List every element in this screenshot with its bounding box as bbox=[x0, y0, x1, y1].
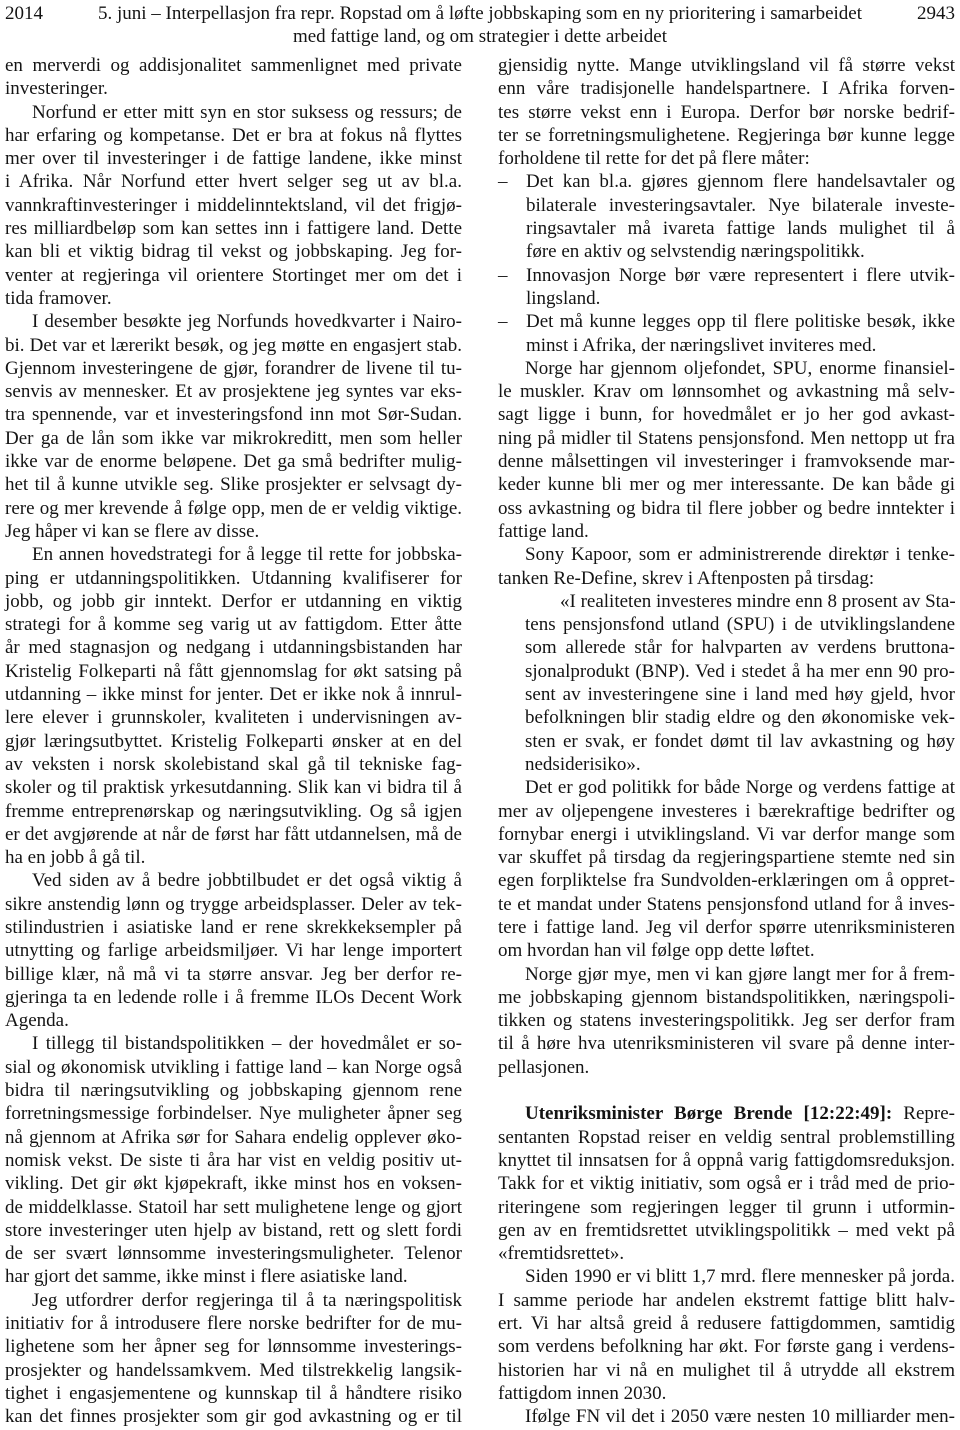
text-line: me jobbskaping gjennom bistandspolitikke… bbox=[498, 986, 955, 1009]
page-title-line2: med fattige land, og om strategier i det… bbox=[70, 25, 890, 48]
text-line: tra spennende, var et investeringsfond i… bbox=[5, 403, 462, 426]
text-line: ter se forretningsmulighetene. Regjering… bbox=[498, 124, 955, 147]
text-line: Ved siden av å bedre jobbtilbudet er det… bbox=[5, 869, 462, 892]
text-line: stilindustrien i asiatiske land er rene … bbox=[5, 916, 462, 939]
list-item-line: føre en aktiv og selvstendig næringspoli… bbox=[498, 240, 955, 263]
header-year: 2014 bbox=[5, 2, 43, 25]
text-line: egen forpliktelse fra Sundvolden-erklæri… bbox=[498, 869, 955, 892]
text-line: en merverdi og addisjonalitet sammenlign… bbox=[5, 54, 462, 77]
text-line: Norge gjør mye, men vi kan gjøre langt m… bbox=[498, 963, 955, 986]
list-item-line: –Det kan bl.a. gjøres gjennom flere hand… bbox=[498, 170, 955, 193]
quote-line: «I realiteten investeres mindre enn 8 pr… bbox=[498, 590, 955, 613]
text-line: enn våre tradisjonelle handelspartnere. … bbox=[498, 77, 955, 100]
text-line: Kristelig Folkeparti nå fått gjennomslag… bbox=[5, 660, 462, 683]
right-column: gjensidig nytte. Mange utviklingsland vi… bbox=[498, 54, 955, 1429]
text-line: gjeringa ta en ledende rolle i å fremme … bbox=[5, 986, 462, 1009]
page-title: 5. juni – Interpellasjon fra repr. Ropst… bbox=[70, 2, 890, 48]
text-line: mer av oljepengene investeres i bærekraf… bbox=[498, 800, 955, 823]
text-line: fattige land. bbox=[498, 520, 955, 543]
text-line: nomisk vekst. De siste ti åra har vist e… bbox=[5, 1149, 462, 1172]
blank-line bbox=[498, 1079, 955, 1102]
text-line: Jeg håper vi kan se flere av disse. bbox=[5, 520, 462, 543]
text-line: rere og mer krevende å følge opp, men de… bbox=[5, 497, 462, 520]
list-dash-marker: – bbox=[498, 264, 526, 287]
text-line: keder kunne bli mer og mer interessante.… bbox=[498, 473, 955, 496]
text-line: tes større vekst enn i Europa. Derfor bø… bbox=[498, 101, 955, 124]
text-line: sentanten Ropstad reiser en veldig sentr… bbox=[498, 1126, 955, 1149]
list-item-text: Det kan bl.a. gjøres gjennom flere hande… bbox=[526, 170, 955, 193]
text-line: ikke var de enorme beløpene. Det ga små … bbox=[5, 450, 462, 473]
text-line: ert. Vi har altså greid å redusere fatti… bbox=[498, 1312, 955, 1335]
text-line: gjensidig nytte. Mange utviklingsland vi… bbox=[498, 54, 955, 77]
text-line: tanken Re-Define, skrev i Aftenposten på… bbox=[498, 567, 955, 590]
text-line: fornybar energi i utviklingsland. Vi var… bbox=[498, 823, 955, 846]
text-line: Ifølge FN vil det i 2050 være nesten 10 … bbox=[498, 1405, 955, 1428]
text-line: de ser svært lønnsomme investeringsmulig… bbox=[5, 1242, 462, 1265]
text-line: de middelklasse. Statoil har sett muligh… bbox=[5, 1196, 462, 1219]
text-line: pellasjonen. bbox=[498, 1056, 955, 1079]
text-line: har gjort det samme, ikke minst i flere … bbox=[5, 1265, 462, 1288]
left-column: en merverdi og addisjonalitet sammenlign… bbox=[5, 54, 462, 1429]
text-line: er det avgjørende at når de først har få… bbox=[5, 823, 462, 846]
quote-line: befolkningen blir stadig eldre og den øk… bbox=[498, 706, 955, 729]
text-line: bidra til næringsutvikling og jobbskapin… bbox=[5, 1079, 462, 1102]
text-line: kan det finnes prosjekter som gir god av… bbox=[5, 1405, 462, 1428]
text-line: billige klær, nå må vi ta større ansvar.… bbox=[5, 963, 462, 986]
text-line: bi. Det var et lærerikt besøk, og jeg mø… bbox=[5, 334, 462, 357]
text-columns: en merverdi og addisjonalitet sammenlign… bbox=[0, 54, 960, 1429]
text-line: vikling. Det gir økt kjøpekraft, ikke mi… bbox=[5, 1172, 462, 1195]
text-line: «fremtidsrettet». bbox=[498, 1242, 955, 1265]
text-line: Det er god politikk for både Norge og ve… bbox=[498, 776, 955, 799]
text-line: har erfaring og kompetanse. Det er bra a… bbox=[5, 124, 462, 147]
text-line: skoler og til praktisk yrkesutdanning. S… bbox=[5, 776, 462, 799]
text-line: riteringene som regjeringen legger til g… bbox=[498, 1196, 955, 1219]
text-line: fremme entreprenørskap og næringsutvikli… bbox=[5, 800, 462, 823]
text-line: var skuffet på tirsdag da regjeringspart… bbox=[498, 846, 955, 869]
text-line: Gjennom investeringene de gjør, forandre… bbox=[5, 357, 462, 380]
text-line: tighet i engasjementene og kunnskap til … bbox=[5, 1382, 462, 1405]
text-line: ha en jobb å gå til. bbox=[5, 846, 462, 869]
text-line: res milliardbeløp som kan settes inn i f… bbox=[5, 217, 462, 240]
document-page: 2014 5. juni – Interpellasjon fra repr. … bbox=[0, 0, 960, 1430]
text-line: Der ga de lån som ikke var mikrokreditt,… bbox=[5, 427, 462, 450]
text-line: Jeg utfordrer derfor regjeringa til å ta… bbox=[5, 1289, 462, 1312]
list-item-line: bilaterale investeringsavtaler. Nye bila… bbox=[498, 194, 955, 217]
text-line: senvis av mennesker. Et av prosjektene j… bbox=[5, 380, 462, 403]
text-line: het til å kunne utvikle seg. Slike prosj… bbox=[5, 473, 462, 496]
text-line: Agenda. bbox=[5, 1009, 462, 1032]
text-line: utdanning – ikke minst for jenter. Det e… bbox=[5, 683, 462, 706]
list-item-line: ringsavtaler må ivareta fattige lands mu… bbox=[498, 217, 955, 240]
text-line: tikken og statens investeringspolitikk. … bbox=[498, 1009, 955, 1032]
text-line: fattigdom innen 2030. bbox=[498, 1382, 955, 1405]
page-header: 2014 5. juni – Interpellasjon fra repr. … bbox=[0, 0, 960, 50]
text-line: ning på midler til Statens pensjonsfond.… bbox=[498, 427, 955, 450]
text-line: En annen hovedstrategi for å legge til r… bbox=[5, 543, 462, 566]
text-line: I samme periode har andelen ekstremt fat… bbox=[498, 1289, 955, 1312]
list-item-line: minst i Afrika, der næringslivet inviter… bbox=[498, 334, 955, 357]
header-page-number: 2943 bbox=[917, 2, 955, 25]
text-line: av veksten i norsk skolebistand skal gå … bbox=[5, 753, 462, 776]
text-line: vannkraftinvesteringer i middelinntektsl… bbox=[5, 194, 462, 217]
text-line: I desember besøkte jeg Norfunds hovedkva… bbox=[5, 310, 462, 333]
text-line: sagt ligge i bunn, for hovedmålet er jo … bbox=[498, 403, 955, 426]
quote-line: som allerede står for halvparten av verd… bbox=[498, 636, 955, 659]
text-line: år med stagnasjon og nedgang i utdanning… bbox=[5, 636, 462, 659]
list-item-line: –Det må kunne legges opp til flere polit… bbox=[498, 310, 955, 333]
text-line: Sony Kapoor, som er administrerende dire… bbox=[498, 543, 955, 566]
text-line: gjør læringsutbyttet. Kristelig Folkepar… bbox=[5, 730, 462, 753]
list-item-line: –Innovasjon Norge bør være representert … bbox=[498, 264, 955, 287]
text-line: Norfund er etter mitt syn en stor sukses… bbox=[5, 101, 462, 124]
text-line: mer over til investeringer i de fattige … bbox=[5, 147, 462, 170]
text-line: te et mandat under Statens pensjonsfond … bbox=[498, 893, 955, 916]
text-line: kan bli et viktig bidrag til vekst og jo… bbox=[5, 240, 462, 263]
text-line: I tillegg til bistandspolitikken – der h… bbox=[5, 1032, 462, 1055]
text-line: initiativ for å introdusere flere norske… bbox=[5, 1312, 462, 1335]
text-line: om hvordan han vil følge opp dette løfte… bbox=[498, 939, 955, 962]
text-line: investeringer. bbox=[5, 77, 462, 100]
list-item-line: lingsland. bbox=[498, 287, 955, 310]
text-line: tere i fattige land. Jeg vil derfor spør… bbox=[498, 916, 955, 939]
text-line: i Afrika. Når Norfund etter hvert selger… bbox=[5, 170, 462, 193]
text-line: som verdens befolkning har økt. For førs… bbox=[498, 1335, 955, 1358]
text-line: sikre anstendig lønn og trygge arbeidspl… bbox=[5, 893, 462, 916]
text-line: ping er utdanningspolitikken. Utdanning … bbox=[5, 567, 462, 590]
text-line: strategi for å komme seg varig ut av fat… bbox=[5, 613, 462, 636]
text-line: oss avkastning og bidra til flere jobber… bbox=[498, 497, 955, 520]
text-line: venter at regjeringa vil orientere Stort… bbox=[5, 264, 462, 287]
text-line: gen av en fremtidsrettet utviklingspolit… bbox=[498, 1219, 955, 1242]
text-line: jobb, og jobb gir inntekt. Derfor er utd… bbox=[5, 590, 462, 613]
list-item-text: Innovasjon Norge bør være representert i… bbox=[526, 264, 955, 287]
text-line: prosjekter og handelssamkvem. Med tilstr… bbox=[5, 1359, 462, 1382]
text-line: Siden 1990 er vi blitt 1,7 mrd. flere me… bbox=[498, 1265, 955, 1288]
text-line: Norge har gjennom oljefondet, SPU, enorm… bbox=[498, 357, 955, 380]
text-line: historien har vi nå en mulighet til å ut… bbox=[498, 1359, 955, 1382]
page-title-line1: 5. juni – Interpellasjon fra repr. Ropst… bbox=[70, 2, 890, 25]
text-line: lere elever i grunnskoler, kvaliteten i … bbox=[5, 706, 462, 729]
text-line: knyttet til innsatsen for å oppnå varig … bbox=[498, 1149, 955, 1172]
quote-line: sent av investeringene sine i land med h… bbox=[498, 683, 955, 706]
text-line: sial og økonomisk utvikling i fattige la… bbox=[5, 1056, 462, 1079]
quote-line: tens pensjonsfond utland (SPU) i de utvi… bbox=[498, 613, 955, 636]
quote-line: nedsiderisiko». bbox=[498, 753, 955, 776]
text-line: denne målsettingen vil investeringer i f… bbox=[498, 450, 955, 473]
quote-line: sten er svak, er fondet dømt til lav avk… bbox=[498, 730, 955, 753]
text-line: Takk for et viktig initiativ, som også e… bbox=[498, 1172, 955, 1195]
quote-line: sjonalprodukt (BNP). Ved i stedet å ha m… bbox=[498, 660, 955, 683]
text-line: tida framover. bbox=[5, 287, 462, 310]
text-line: forretningsmessige forbindelser. Nye mul… bbox=[5, 1102, 462, 1125]
text-line: til å høre hva utenriksministeren vil sv… bbox=[498, 1032, 955, 1055]
list-dash-marker: – bbox=[498, 310, 526, 333]
list-dash-marker: – bbox=[498, 170, 526, 193]
text-line: store investeringer uten hjelp av bistan… bbox=[5, 1219, 462, 1242]
speaker-name-and-time: Utenriksminister Børge Brende [12:22:49]… bbox=[525, 1103, 892, 1124]
list-item-text: Det må kunne legges opp til flere politi… bbox=[526, 310, 955, 333]
text-line: nå gjennom at Afrika sør for Sahara ende… bbox=[5, 1126, 462, 1149]
speaker-line: Utenriksminister Børge Brende [12:22:49]… bbox=[498, 1102, 955, 1125]
text-line: utnytting og farlige arbeidsmiljøer. Vi … bbox=[5, 939, 462, 962]
text-line: lighetene som her åpner seg for lønnsomm… bbox=[5, 1335, 462, 1358]
text-line: le muskler. Krav om lønnsomhet og avkast… bbox=[498, 380, 955, 403]
text-line: forholdene til rette for det på flere må… bbox=[498, 147, 955, 170]
